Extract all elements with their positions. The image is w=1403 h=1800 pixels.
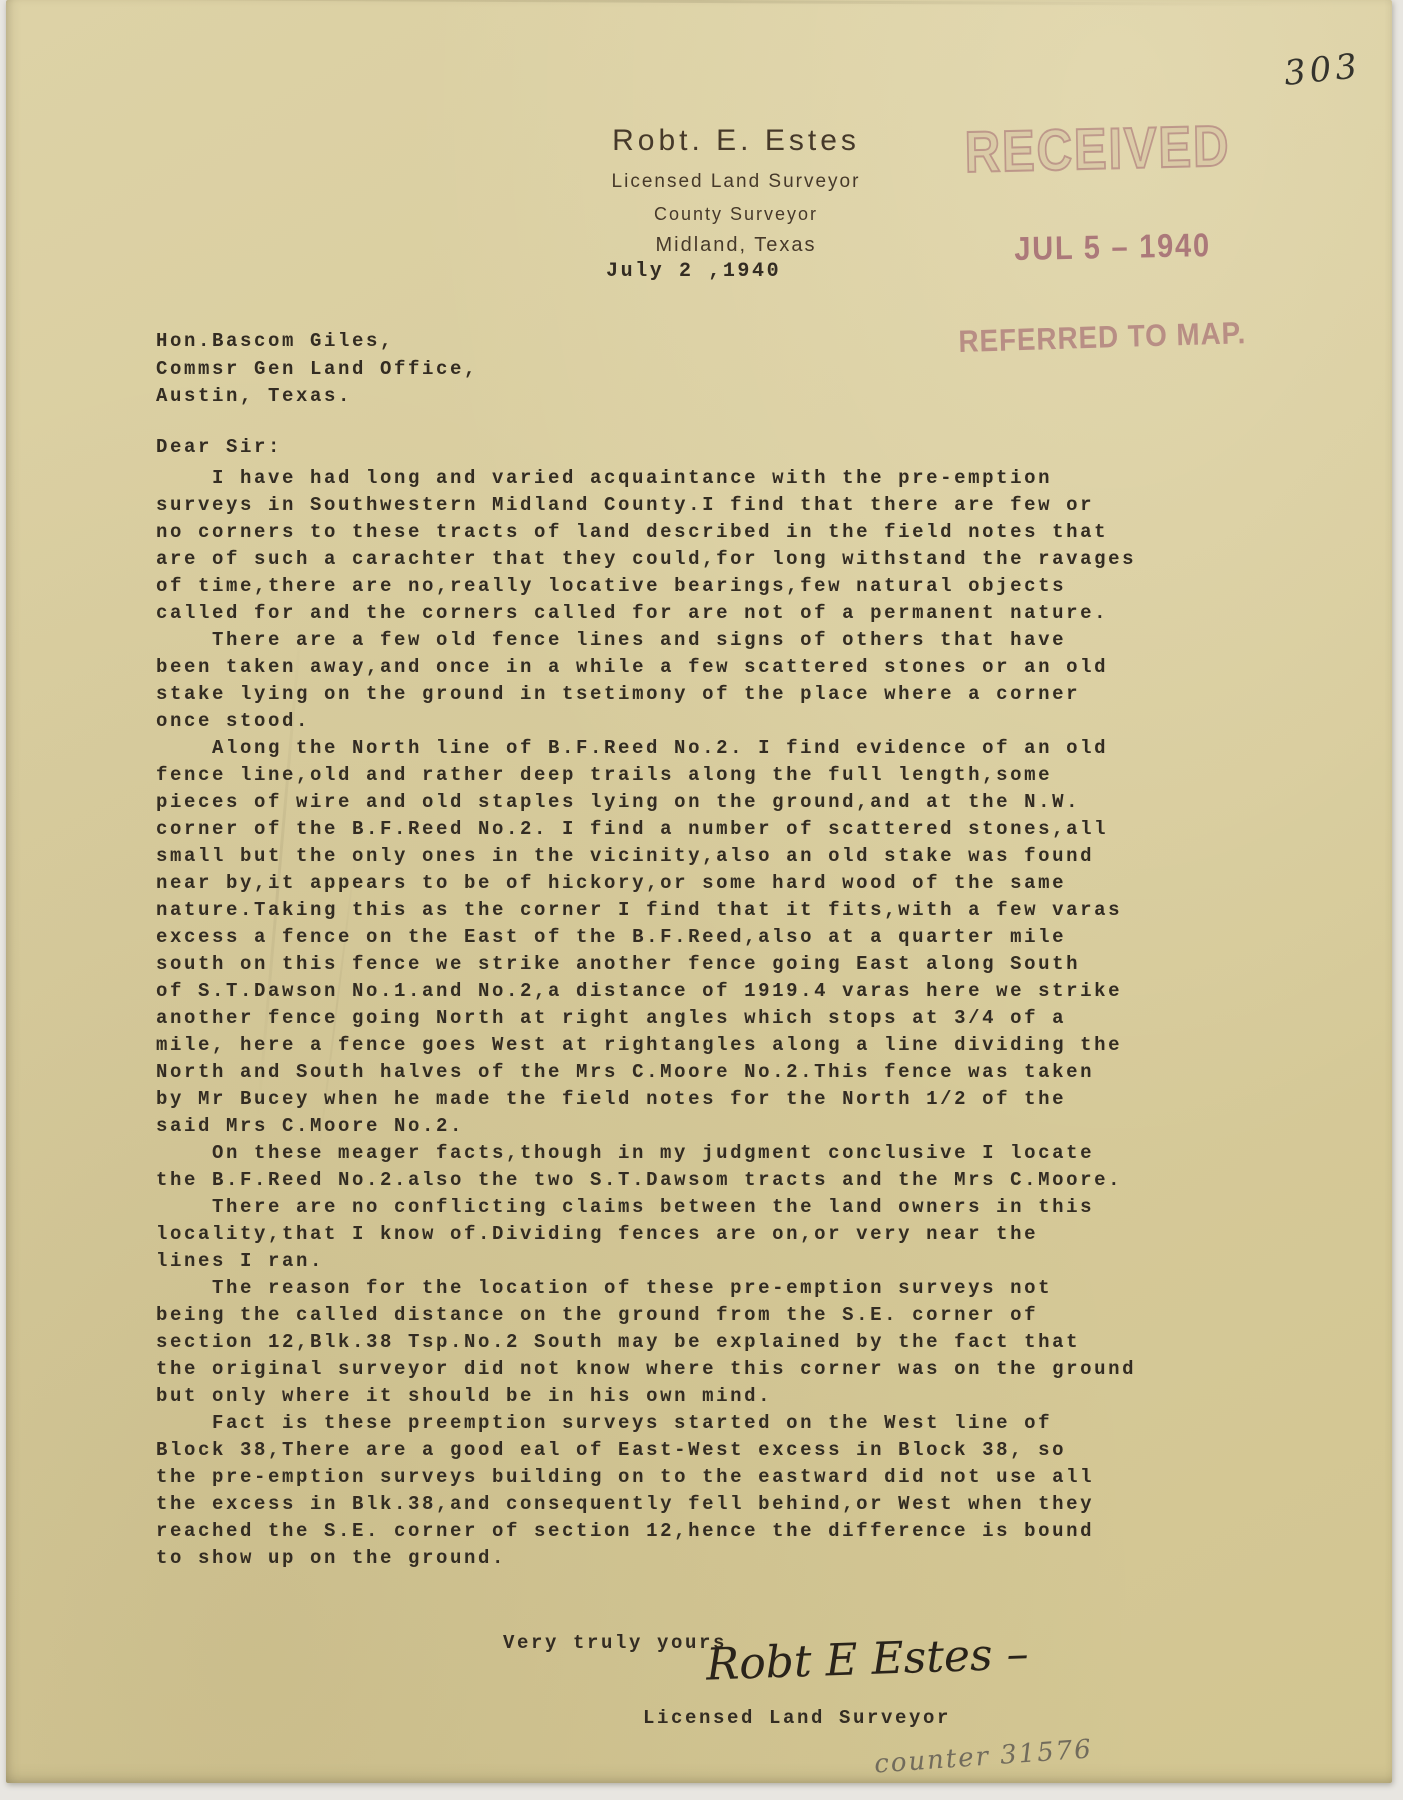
- handwritten-signature: Robt E Estes –: [705, 1628, 1029, 1690]
- body-paragraph: Fact is these preemption surveys started…: [156, 1410, 1216, 1572]
- paper-fold-line: [6, 0, 1392, 7]
- recipient-address-block: Hon.Bascom Giles, Commsr Gen Land Office…: [156, 328, 478, 411]
- received-stamp: RECEIVED: [964, 111, 1231, 188]
- body-paragraph: I have had long and varied acquaintance …: [156, 465, 1216, 627]
- signature-title: Licensed Land Surveyor: [643, 1707, 951, 1729]
- letterhead-title-county: County Surveyor: [296, 204, 1176, 225]
- body-paragraph: The reason for the location of these pre…: [156, 1275, 1216, 1410]
- scanned-letter-page: 303 Robt. E. Estes Licensed Land Surveyo…: [0, 0, 1403, 1800]
- letter-body: Dear Sir: I have had long and varied acq…: [156, 434, 1216, 1572]
- salutation: Dear Sir:: [156, 434, 1216, 461]
- handwritten-counter-note: counter 31576: [873, 1734, 1094, 1779]
- recipient-office: Commsr Gen Land Office,: [156, 356, 478, 384]
- valediction: Very truly yours: [503, 1632, 727, 1654]
- paper-sheet: 303 Robt. E. Estes Licensed Land Surveyo…: [6, 0, 1392, 1783]
- body-paragraph: On these meager facts,though in my judgm…: [156, 1140, 1216, 1194]
- referred-to-map-stamp: REFERRED TO MAP.: [958, 315, 1247, 360]
- received-date-stamp: JUL 5 – 1940: [1014, 226, 1211, 268]
- body-paragraph: There are a few old fence lines and sign…: [156, 627, 1216, 735]
- body-paragraphs: I have had long and varied acquaintance …: [156, 465, 1216, 1572]
- letter-date: July 2 ,1940: [606, 260, 781, 283]
- recipient-name: Hon.Bascom Giles,: [156, 328, 478, 356]
- recipient-city: Austin, Texas.: [156, 383, 478, 411]
- body-paragraph: Along the North line of B.F.Reed No.2. I…: [156, 735, 1216, 1140]
- body-paragraph: There are no conflicting claims between …: [156, 1194, 1216, 1275]
- handwritten-page-number: 303: [1282, 46, 1363, 94]
